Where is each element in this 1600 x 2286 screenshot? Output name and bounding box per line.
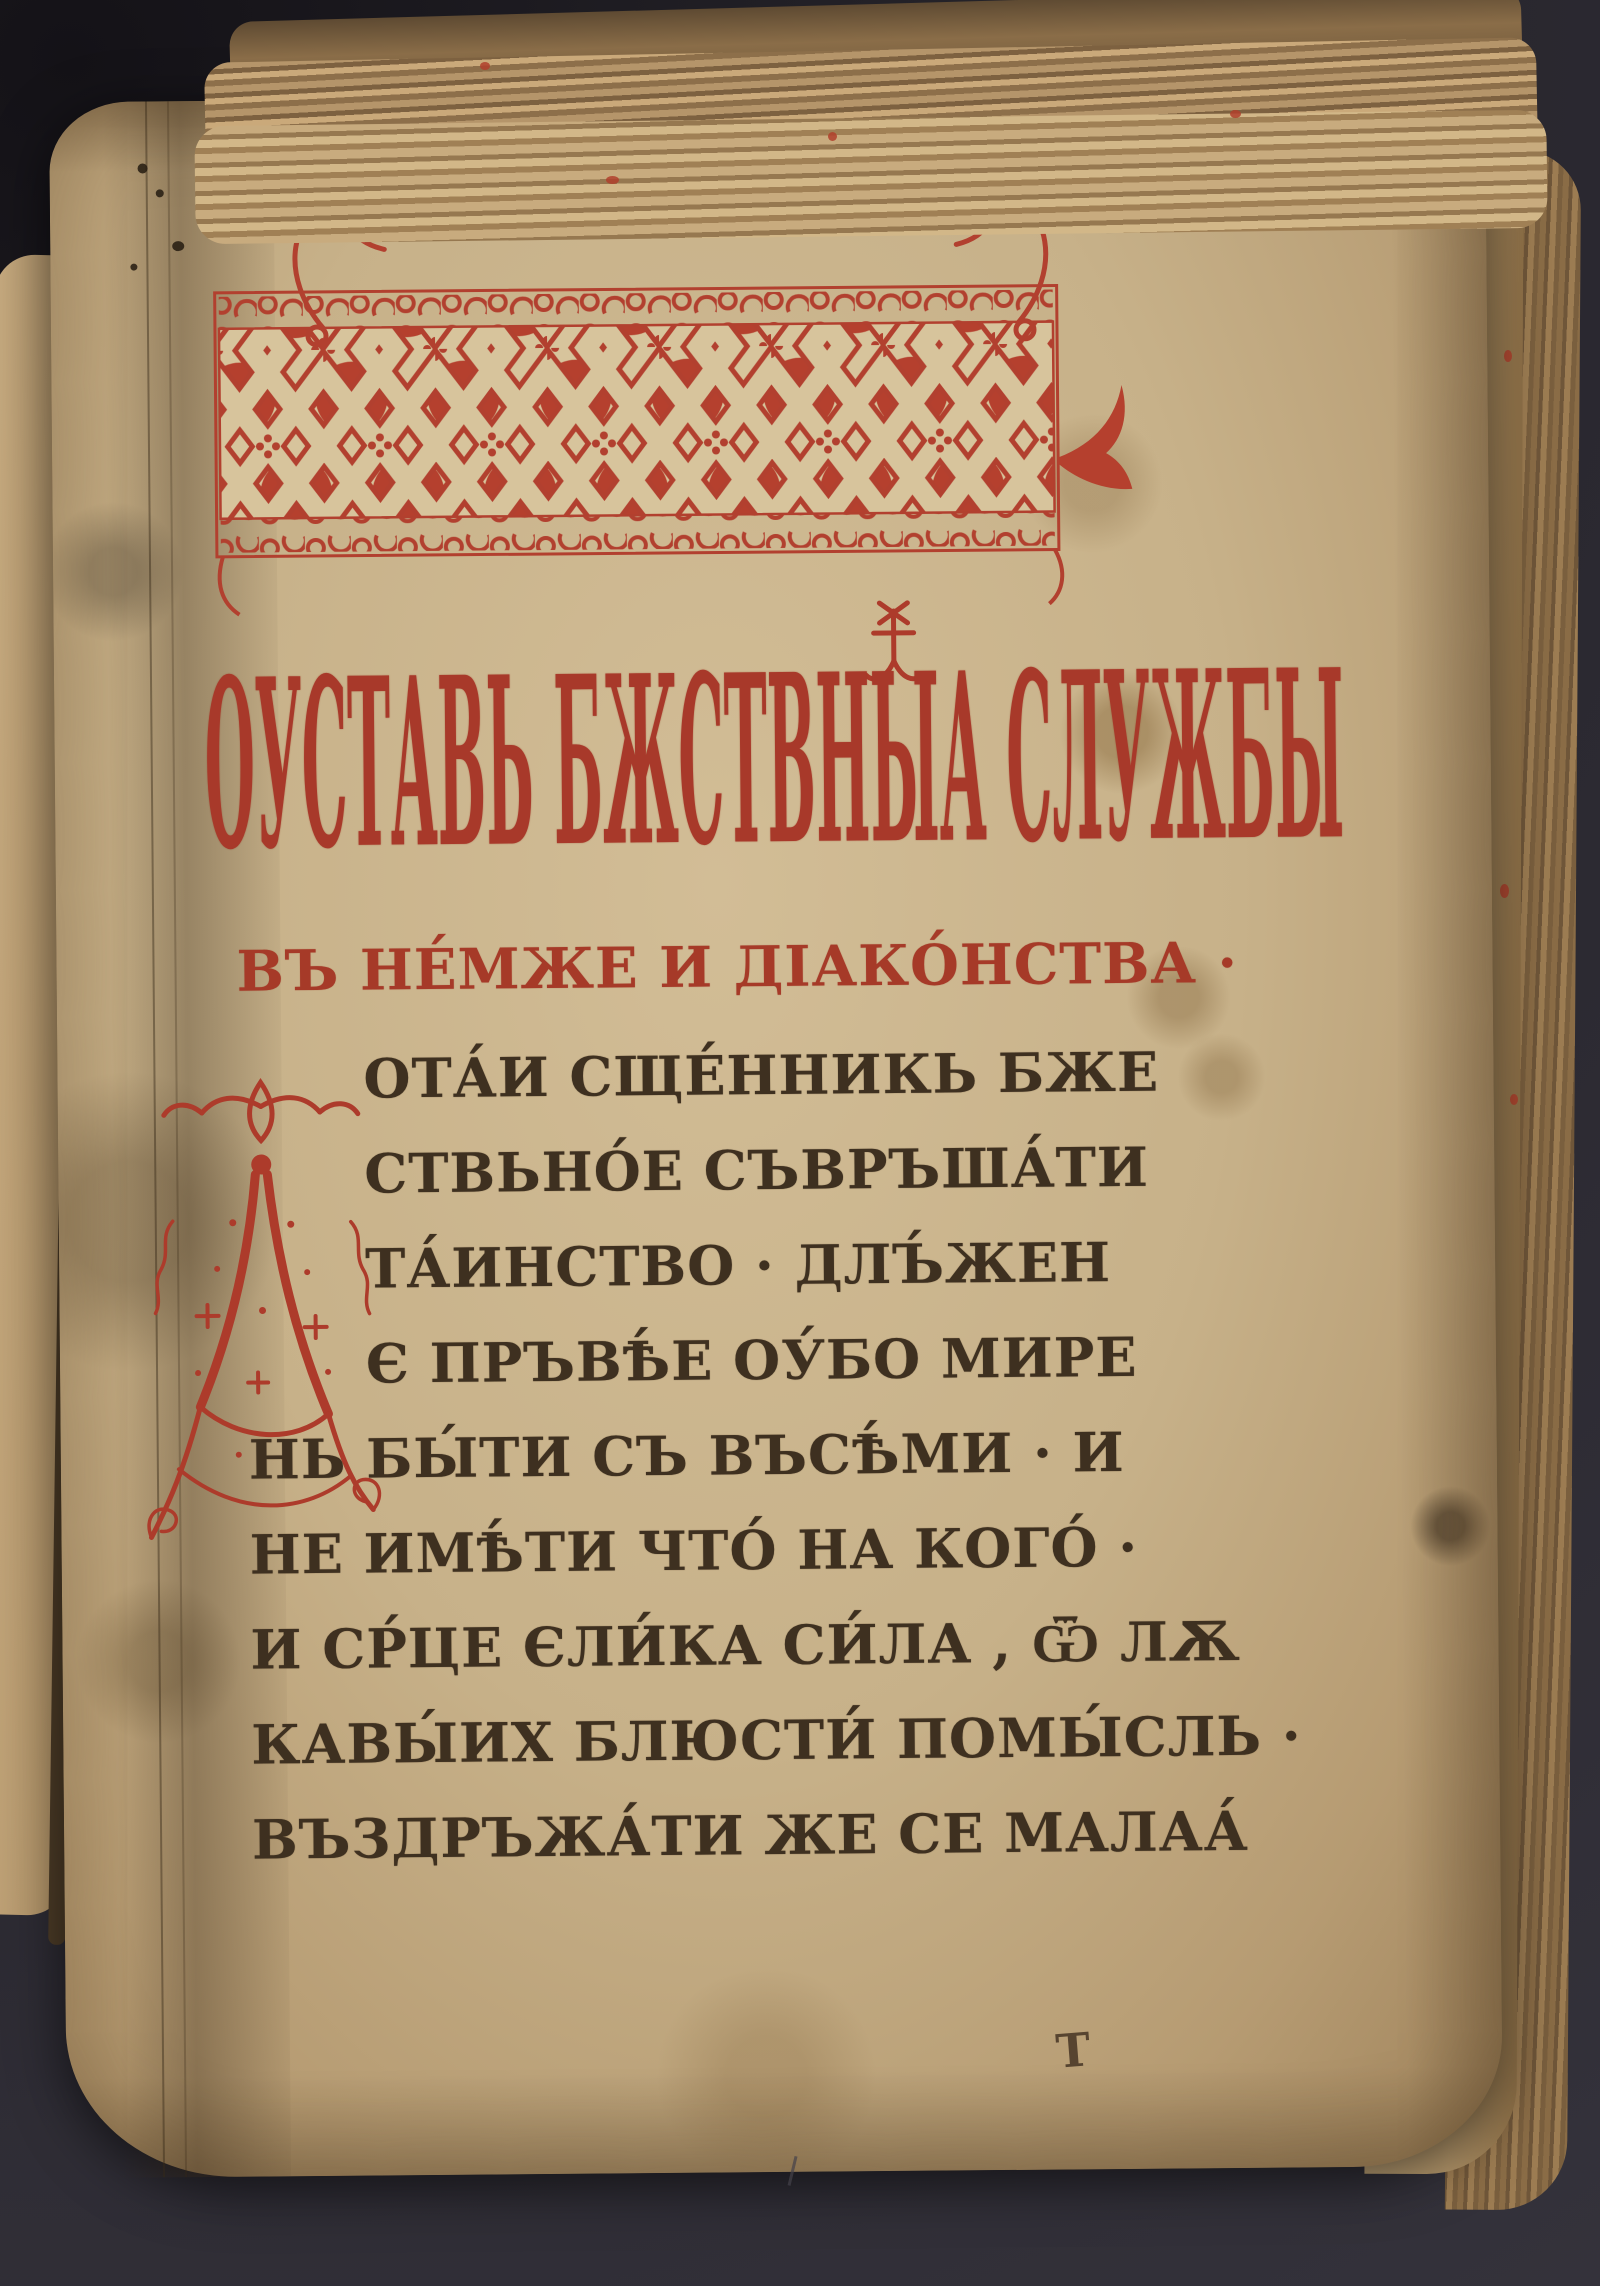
red-edge-fleck <box>1230 110 1241 118</box>
red-edge-fleck <box>1504 350 1512 362</box>
text-line: КАВЫ́ИХ БЛЮСТИ́ ПОМЫ́СЛЬ · <box>251 1688 1302 1792</box>
text-line: И СР́ЦЕ ЄЛИ́КА СИ́ЛА , Ѿ ЛѪ <box>250 1593 1301 1697</box>
page-stack-top-front <box>194 110 1547 245</box>
red-edge-fleck <box>606 176 619 184</box>
quire-mark: Т <box>1054 2022 1092 2079</box>
text-line: НЬ БЫ́ТИ СЪ ВЪСѢ́МИ · И <box>248 1403 1299 1507</box>
page-title-vyaz: ОУСТАВЬ БЖСТВНЫА СЛУЖБЫ <box>204 639 1345 881</box>
red-edge-fleck <box>828 132 837 141</box>
body-text: ОТА́И СЩЕ́ННИКЬ БЖЕ СТВЬНО́Е СЪВРЪША́ТИ … <box>245 1023 1302 1887</box>
text-line: НЕ ИМѢ́ТИ ЧТО́ НА КОГО́ · <box>249 1498 1300 1602</box>
ink-speck <box>156 189 164 197</box>
stray-pen-mark <box>788 2156 798 2186</box>
red-edge-fleck <box>480 62 490 70</box>
rubric-line: ВЪ НЕ́МЖЕ И ДІАКО́НСТВА · <box>236 930 1238 1005</box>
text-line: ВЪЗДРЪЖА́ТИ ЖЕ СЕ МАЛАА́ <box>252 1783 1303 1887</box>
ink-speck <box>138 163 148 173</box>
ink-speck <box>172 241 184 251</box>
text-line: Є ПРЪВѢ́Е ОУ́БО МИРЕ <box>366 1308 1299 1411</box>
manuscript-photo: ОУСТАВЬ БЖСТВНЫА СЛУЖБЫ ВЪ НЕ́МЖЕ И ДІАК… <box>0 0 1600 2286</box>
initial-letter-value: Х <box>49 102 50 103</box>
red-edge-fleck <box>1510 1094 1518 1105</box>
manuscript-page: ОУСТАВЬ БЖСТВНЫА СЛУЖБЫ ВЪ НЕ́МЖЕ И ДІАК… <box>49 90 1503 2178</box>
text-line: ОТА́И СЩЕ́ННИКЬ БЖЕ <box>363 1023 1296 1126</box>
ink-speck <box>130 264 137 271</box>
text-line: СТВЬНО́Е СЪВРЪША́ТИ <box>364 1118 1297 1221</box>
red-edge-fleck <box>1500 884 1509 898</box>
text-line: ТА́ИНСТВО · ДЛЪ́ЖЕН <box>365 1213 1298 1316</box>
